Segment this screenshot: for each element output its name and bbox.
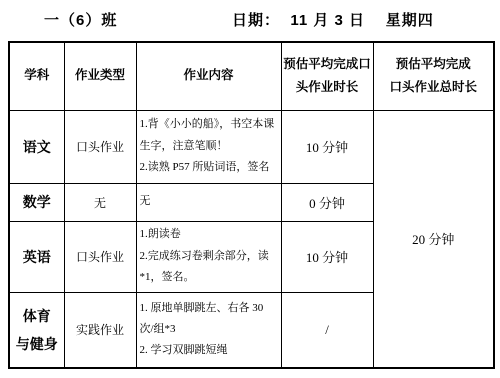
header-estimated-total-duration: 预估平均完成 口头作业总时长 xyxy=(373,42,494,110)
content-line: 1.朗读卷 xyxy=(140,224,278,245)
total-duration-value: 20 分钟 xyxy=(373,110,494,368)
duration-value: / xyxy=(281,292,373,368)
homework-type: 口头作业 xyxy=(64,110,136,183)
duration-value: 0 分钟 xyxy=(281,183,373,221)
header-estimated-oral-duration: 预估平均完成口 头作业时长 xyxy=(281,42,373,110)
subject-label: 数学 xyxy=(9,183,64,221)
homework-content: 1.背《小小的船》，书空本课生字，注意笔顺！ 2.读熟 P57 所贴词语，签名 xyxy=(136,110,281,183)
content-line: 2.完成练习卷剩余部分，读*1，签名。 xyxy=(140,246,278,289)
duration-value: 10 分钟 xyxy=(281,221,373,292)
table-header-row: 学科 作业类型 作业内容 预估平均完成口 头作业时长 预估平均完成 口头作业总时… xyxy=(9,42,494,110)
homework-type: 实践作业 xyxy=(64,292,136,368)
content-line: 2. 学习双脚跳短绳 xyxy=(140,340,278,361)
homework-type: 口头作业 xyxy=(64,221,136,292)
homework-content: 1. 原地单脚跳左、右各 30 次/组*3 2. 学习双脚跳短绳 xyxy=(136,292,281,368)
homework-content: 1.朗读卷 2.完成练习卷剩余部分，读*1，签名。 xyxy=(136,221,281,292)
table-row-chinese: 语文 口头作业 1.背《小小的船》，书空本课生字，注意笔顺！ 2.读熟 P57 … xyxy=(9,110,494,183)
duration-value: 10 分钟 xyxy=(281,110,373,183)
homework-type: 无 xyxy=(64,183,136,221)
content-line: 2.读熟 P57 所贴词语，签名 xyxy=(140,157,278,178)
header-subject: 学科 xyxy=(9,42,64,110)
class-name-label: 一（6）班 xyxy=(44,9,117,30)
date-label: 日期： 11 月 3 日 星期四 xyxy=(232,9,434,30)
homework-table: 学科 作业类型 作业内容 预估平均完成口 头作业时长 预估平均完成 口头作业总时… xyxy=(8,41,495,369)
subject-label: 语文 xyxy=(9,110,64,183)
content-line: 1. 原地单脚跳左、右各 30 次/组*3 xyxy=(140,298,278,341)
header-homework-type: 作业类型 xyxy=(64,42,136,110)
subject-label: 体育 与健身 xyxy=(9,292,64,368)
homework-content: 无 xyxy=(136,183,281,221)
subject-label: 英语 xyxy=(9,221,64,292)
content-line: 无 xyxy=(140,191,278,212)
header-homework-content: 作业内容 xyxy=(136,42,281,110)
document-header: 一（6）班 日期： 11 月 3 日 星期四 xyxy=(0,0,500,41)
content-line: 1.背《小小的船》，书空本课生字，注意笔顺！ xyxy=(140,114,278,157)
